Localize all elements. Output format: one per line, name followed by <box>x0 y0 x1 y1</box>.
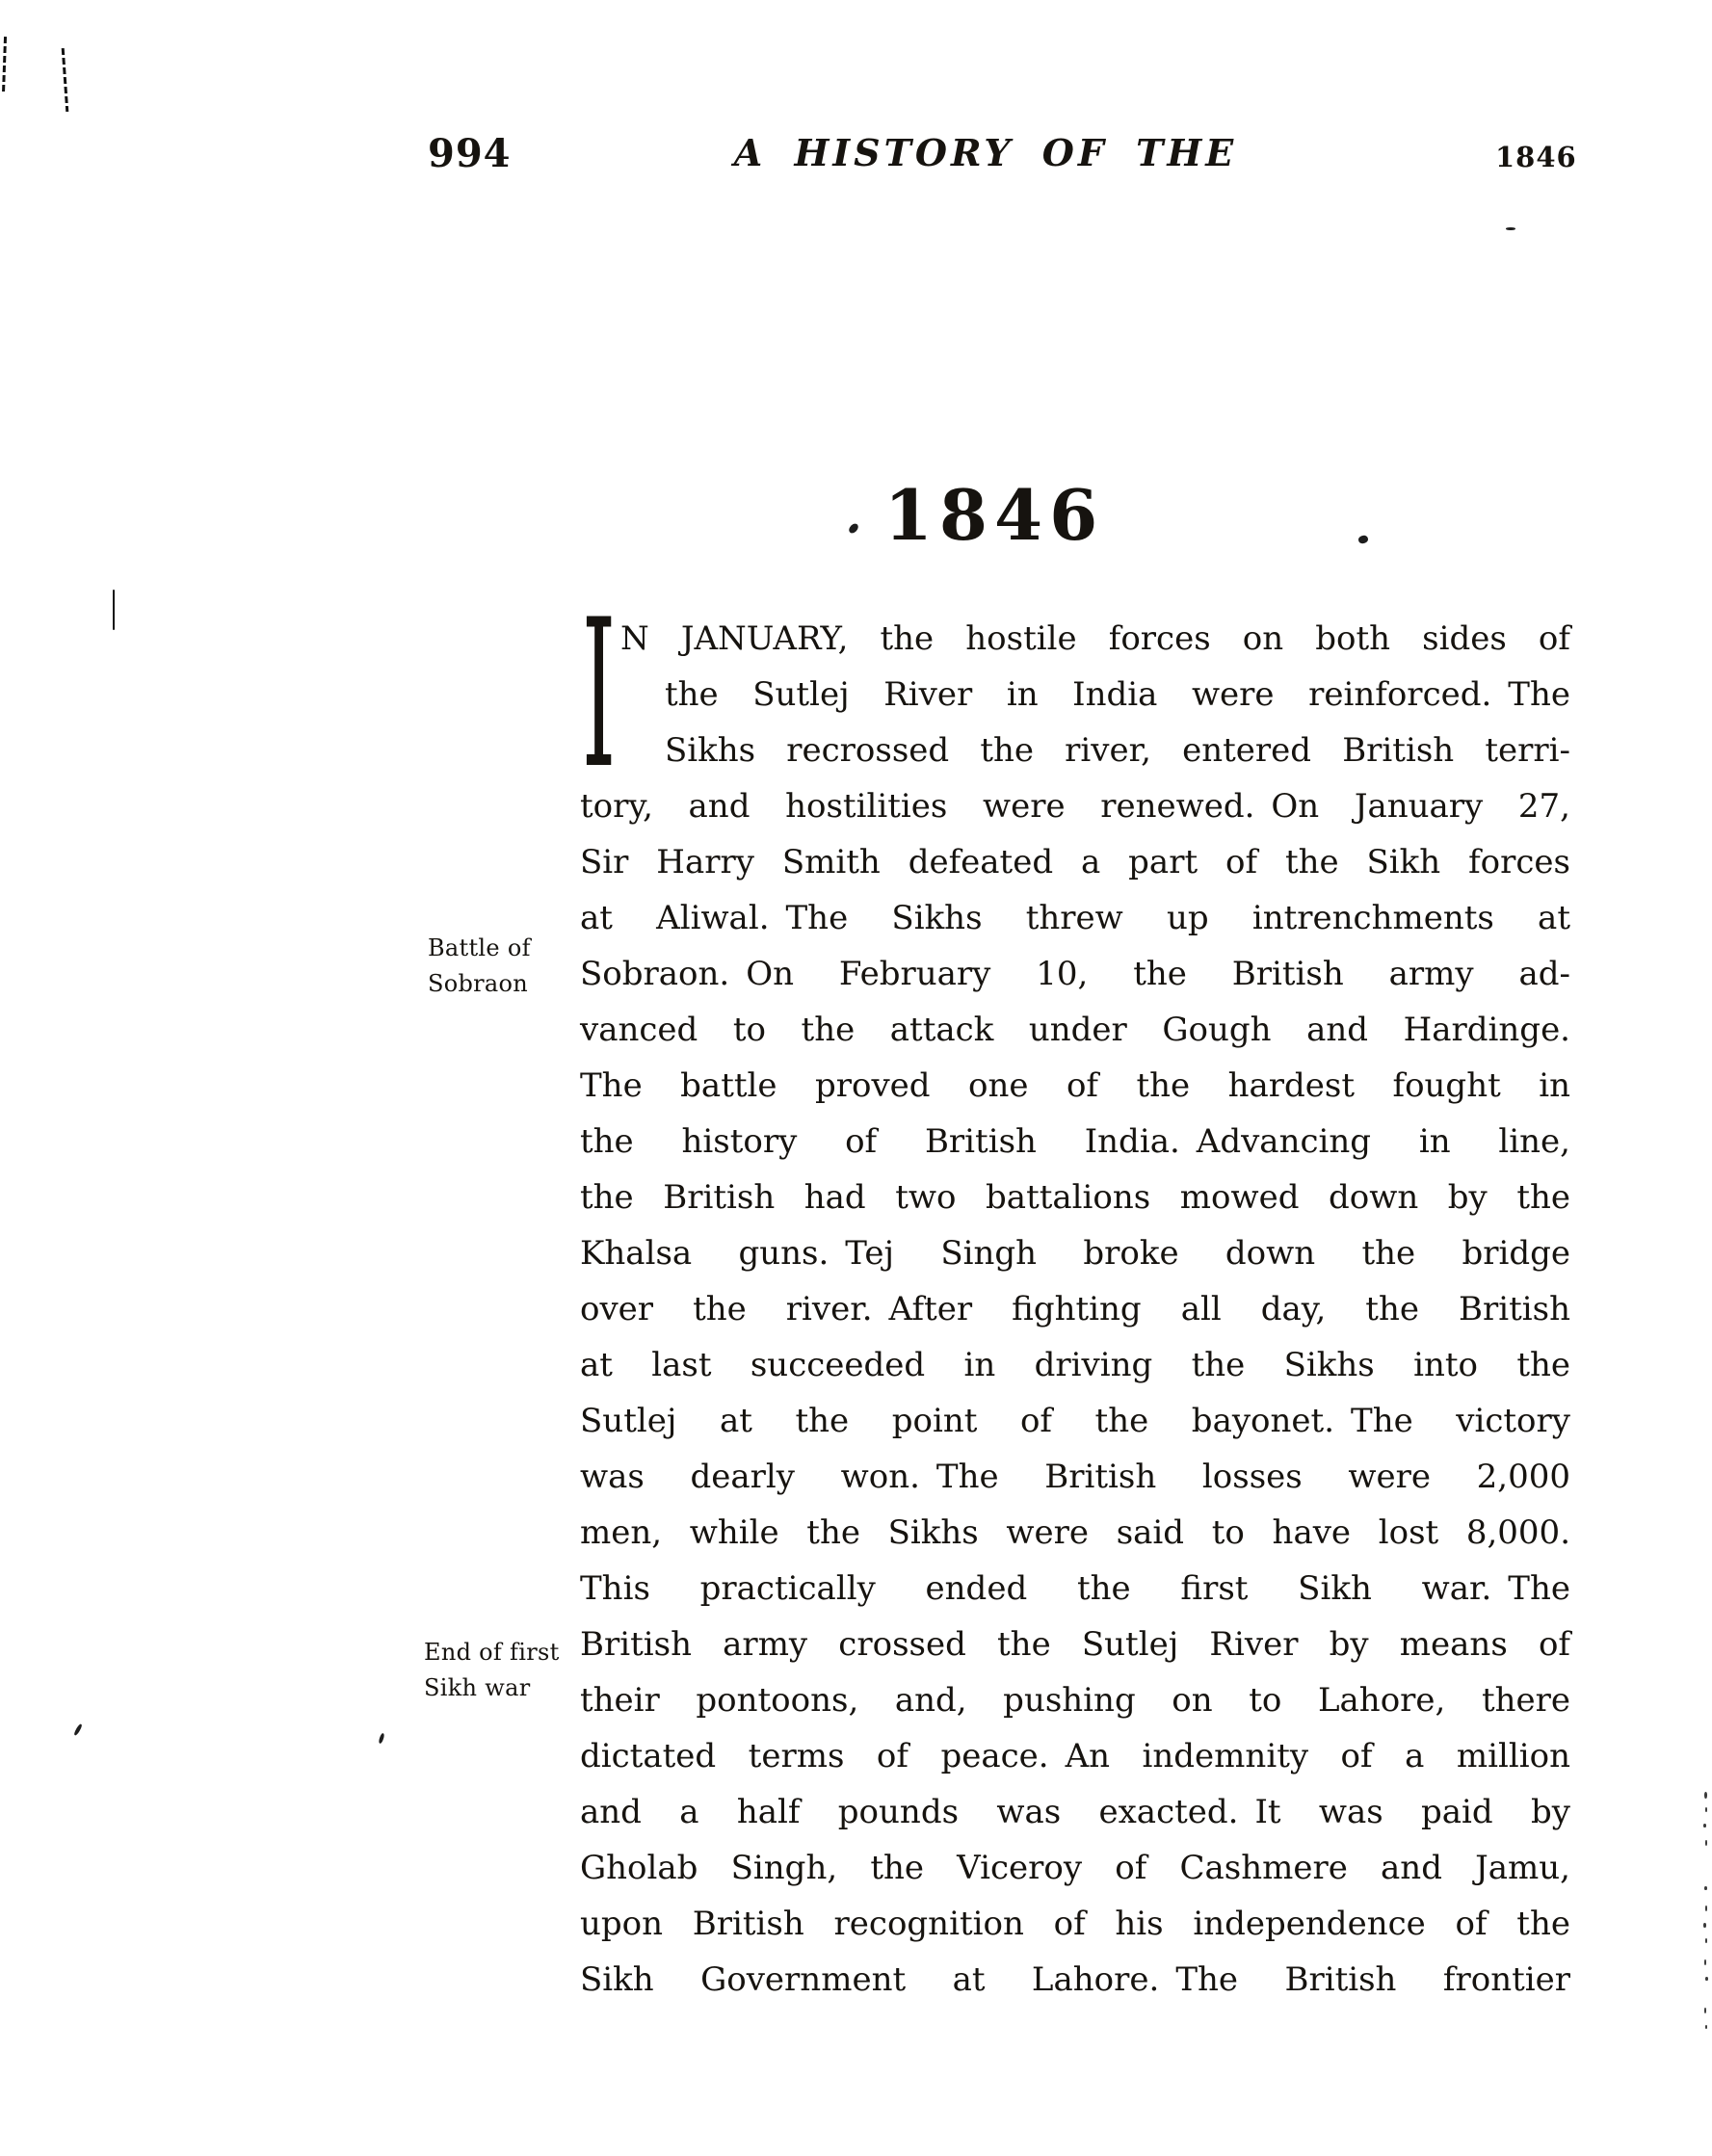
body-line: the history of British India. Advancing … <box>580 1114 1570 1170</box>
body-line: men, while the Sikhs were said to have l… <box>580 1505 1570 1561</box>
body-line: tory, and hostilities were renewed. On J… <box>580 778 1570 834</box>
margin-note-battle-of-sobraon: Battle of Sobraon <box>428 931 531 1002</box>
body-line: Sikh Government at Lahore. The British f… <box>580 1952 1570 2008</box>
ink-speck <box>848 522 859 535</box>
body-line: dictated terms of peace. An indemnity of… <box>580 1728 1570 1784</box>
scan-artifact <box>1704 2008 1706 2013</box>
body-line: the Sutlej River in India were reinforce… <box>665 667 1570 723</box>
scan-artifact <box>1704 1886 1707 1890</box>
body-line: Sobraon. On February 10, the British arm… <box>580 946 1570 1002</box>
body-line: at last succeeded in driving the Sikhs i… <box>580 1337 1570 1393</box>
body-line: their pontoons, and, pushing on to Lahor… <box>580 1672 1570 1728</box>
margin-note-line: Sikh war <box>424 1670 560 1706</box>
section-heading-year: 1846 <box>884 474 1104 556</box>
margin-note-line: Battle of <box>428 931 531 966</box>
body-line: Gholab Singh, the Viceroy of Cashmere an… <box>580 1840 1570 1896</box>
margin-note-end-of-first-sikh-war: End of first Sikh war <box>424 1635 560 1706</box>
ink-speck <box>1357 535 1369 544</box>
scan-artifact <box>2 37 7 94</box>
scan-artifact <box>1703 1923 1706 1928</box>
body-line: Sir Harry Smith defeated a part of the S… <box>580 834 1570 890</box>
body-line: N JANUARY, the hostile forces on both si… <box>620 611 1570 667</box>
page-number: 994 <box>428 131 512 176</box>
body-line: Sutlej at the point of the bayonet. The … <box>580 1393 1570 1449</box>
scan-artifact <box>113 590 115 630</box>
body-line: Khalsa guns. Tej Singh broke down the br… <box>580 1225 1570 1281</box>
ink-speck <box>1506 227 1515 230</box>
scan-artifact <box>1704 1792 1707 1799</box>
scan-artifact <box>1705 1938 1707 1943</box>
ink-speck <box>378 1733 384 1745</box>
body-line: Sikhs recrossed the river, entered Briti… <box>665 723 1570 778</box>
body-line: at Aliwal. The Sikhs threw up intrenchme… <box>580 890 1570 946</box>
running-title: A HISTORY OF THE <box>734 131 1237 174</box>
body-line: over the river. After fighting all day, … <box>580 1281 1570 1337</box>
body-line: the British had two battalions mowed dow… <box>580 1170 1570 1225</box>
drop-cap-initial: I <box>582 618 616 772</box>
scan-artifact <box>1705 1977 1708 1981</box>
body-line: was dearly won. The British losses were … <box>580 1449 1570 1505</box>
body-line: upon British recognition of his independ… <box>580 1896 1570 1952</box>
body-line: vanced to the attack under Gough and Har… <box>580 1002 1570 1058</box>
scan-artifact <box>62 48 69 112</box>
scan-artifact <box>1704 1959 1706 1965</box>
body-line: The battle proved one of the hardest fou… <box>580 1058 1570 1114</box>
body-line: British army crossed the Sutlej River by… <box>580 1617 1570 1672</box>
book-page: 994 A HISTORY OF THE 1846 1846 Battle of… <box>0 0 1712 2156</box>
body-line: This practically ended the first Sikh wa… <box>580 1561 1570 1617</box>
ink-speck <box>73 1723 83 1736</box>
scan-artifact <box>1705 1906 1707 1911</box>
body-text-column: I N JANUARY, the hostile forces on both … <box>580 611 1570 2008</box>
scan-artifact <box>1705 1840 1707 1846</box>
scan-artifact <box>1703 1824 1706 1827</box>
margin-note-line: End of first <box>424 1635 560 1670</box>
header-year: 1846 <box>1495 141 1577 173</box>
scan-artifact <box>1705 1807 1707 1812</box>
body-line: and a half pounds was exacted. It was pa… <box>580 1784 1570 1840</box>
scan-artifact <box>1705 2025 1707 2029</box>
margin-note-line: Sobraon <box>428 966 531 1002</box>
